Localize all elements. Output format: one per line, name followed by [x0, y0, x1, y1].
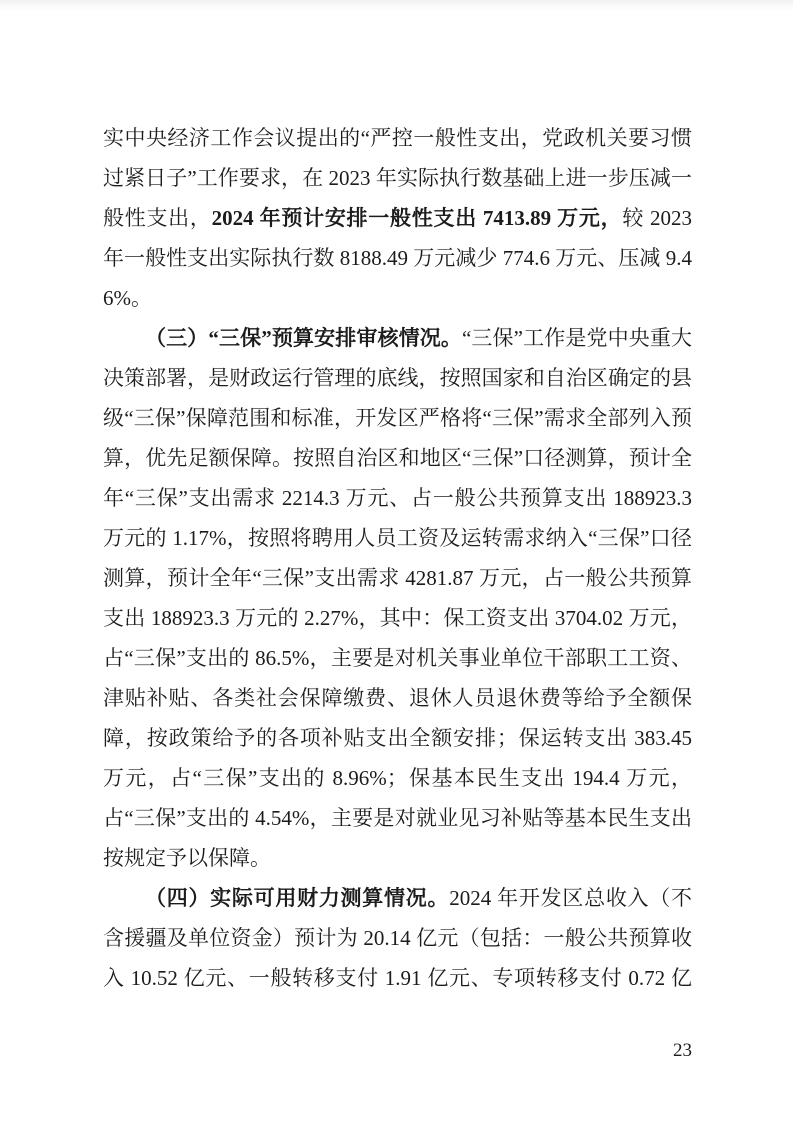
section-heading-three: （三）“三保”预算安排审核情况。 [145, 326, 462, 350]
paragraph-general-expenditure: 实中央经济工作会议提出的“严控一般性支出，党政机关要习惯过紧日子”工作要求，在 … [103, 118, 692, 318]
paragraph-sanbao-review: （三）“三保”预算安排审核情况。“三保”工作是党中央重大决策部署，是财政运行管理… [103, 318, 692, 878]
paragraph-available-funds: （四）实际可用财力测算情况。2024 年开发区总收入（不含援疆及单位资金）预计为… [103, 878, 692, 998]
section-heading-four: （四）实际可用财力测算情况。 [145, 886, 449, 910]
run-text: “三保”工作是党中央重大决策部署，是财政运行管理的底线，按照国家和自治区确定的县… [103, 326, 692, 870]
document-page: 实中央经济工作会议提出的“严控一般性支出，党政机关要习惯过紧日子”工作要求，在 … [0, 0, 793, 1122]
run-bold-budget-figure: 2024 年预计安排一般性支出 7413.89 万元， [212, 206, 623, 230]
scan-edge-shadow [0, 0, 793, 12]
page-number: 23 [103, 1038, 692, 1064]
body-text: 实中央经济工作会议提出的“严控一般性支出，党政机关要习惯过紧日子”工作要求，在 … [103, 118, 692, 998]
